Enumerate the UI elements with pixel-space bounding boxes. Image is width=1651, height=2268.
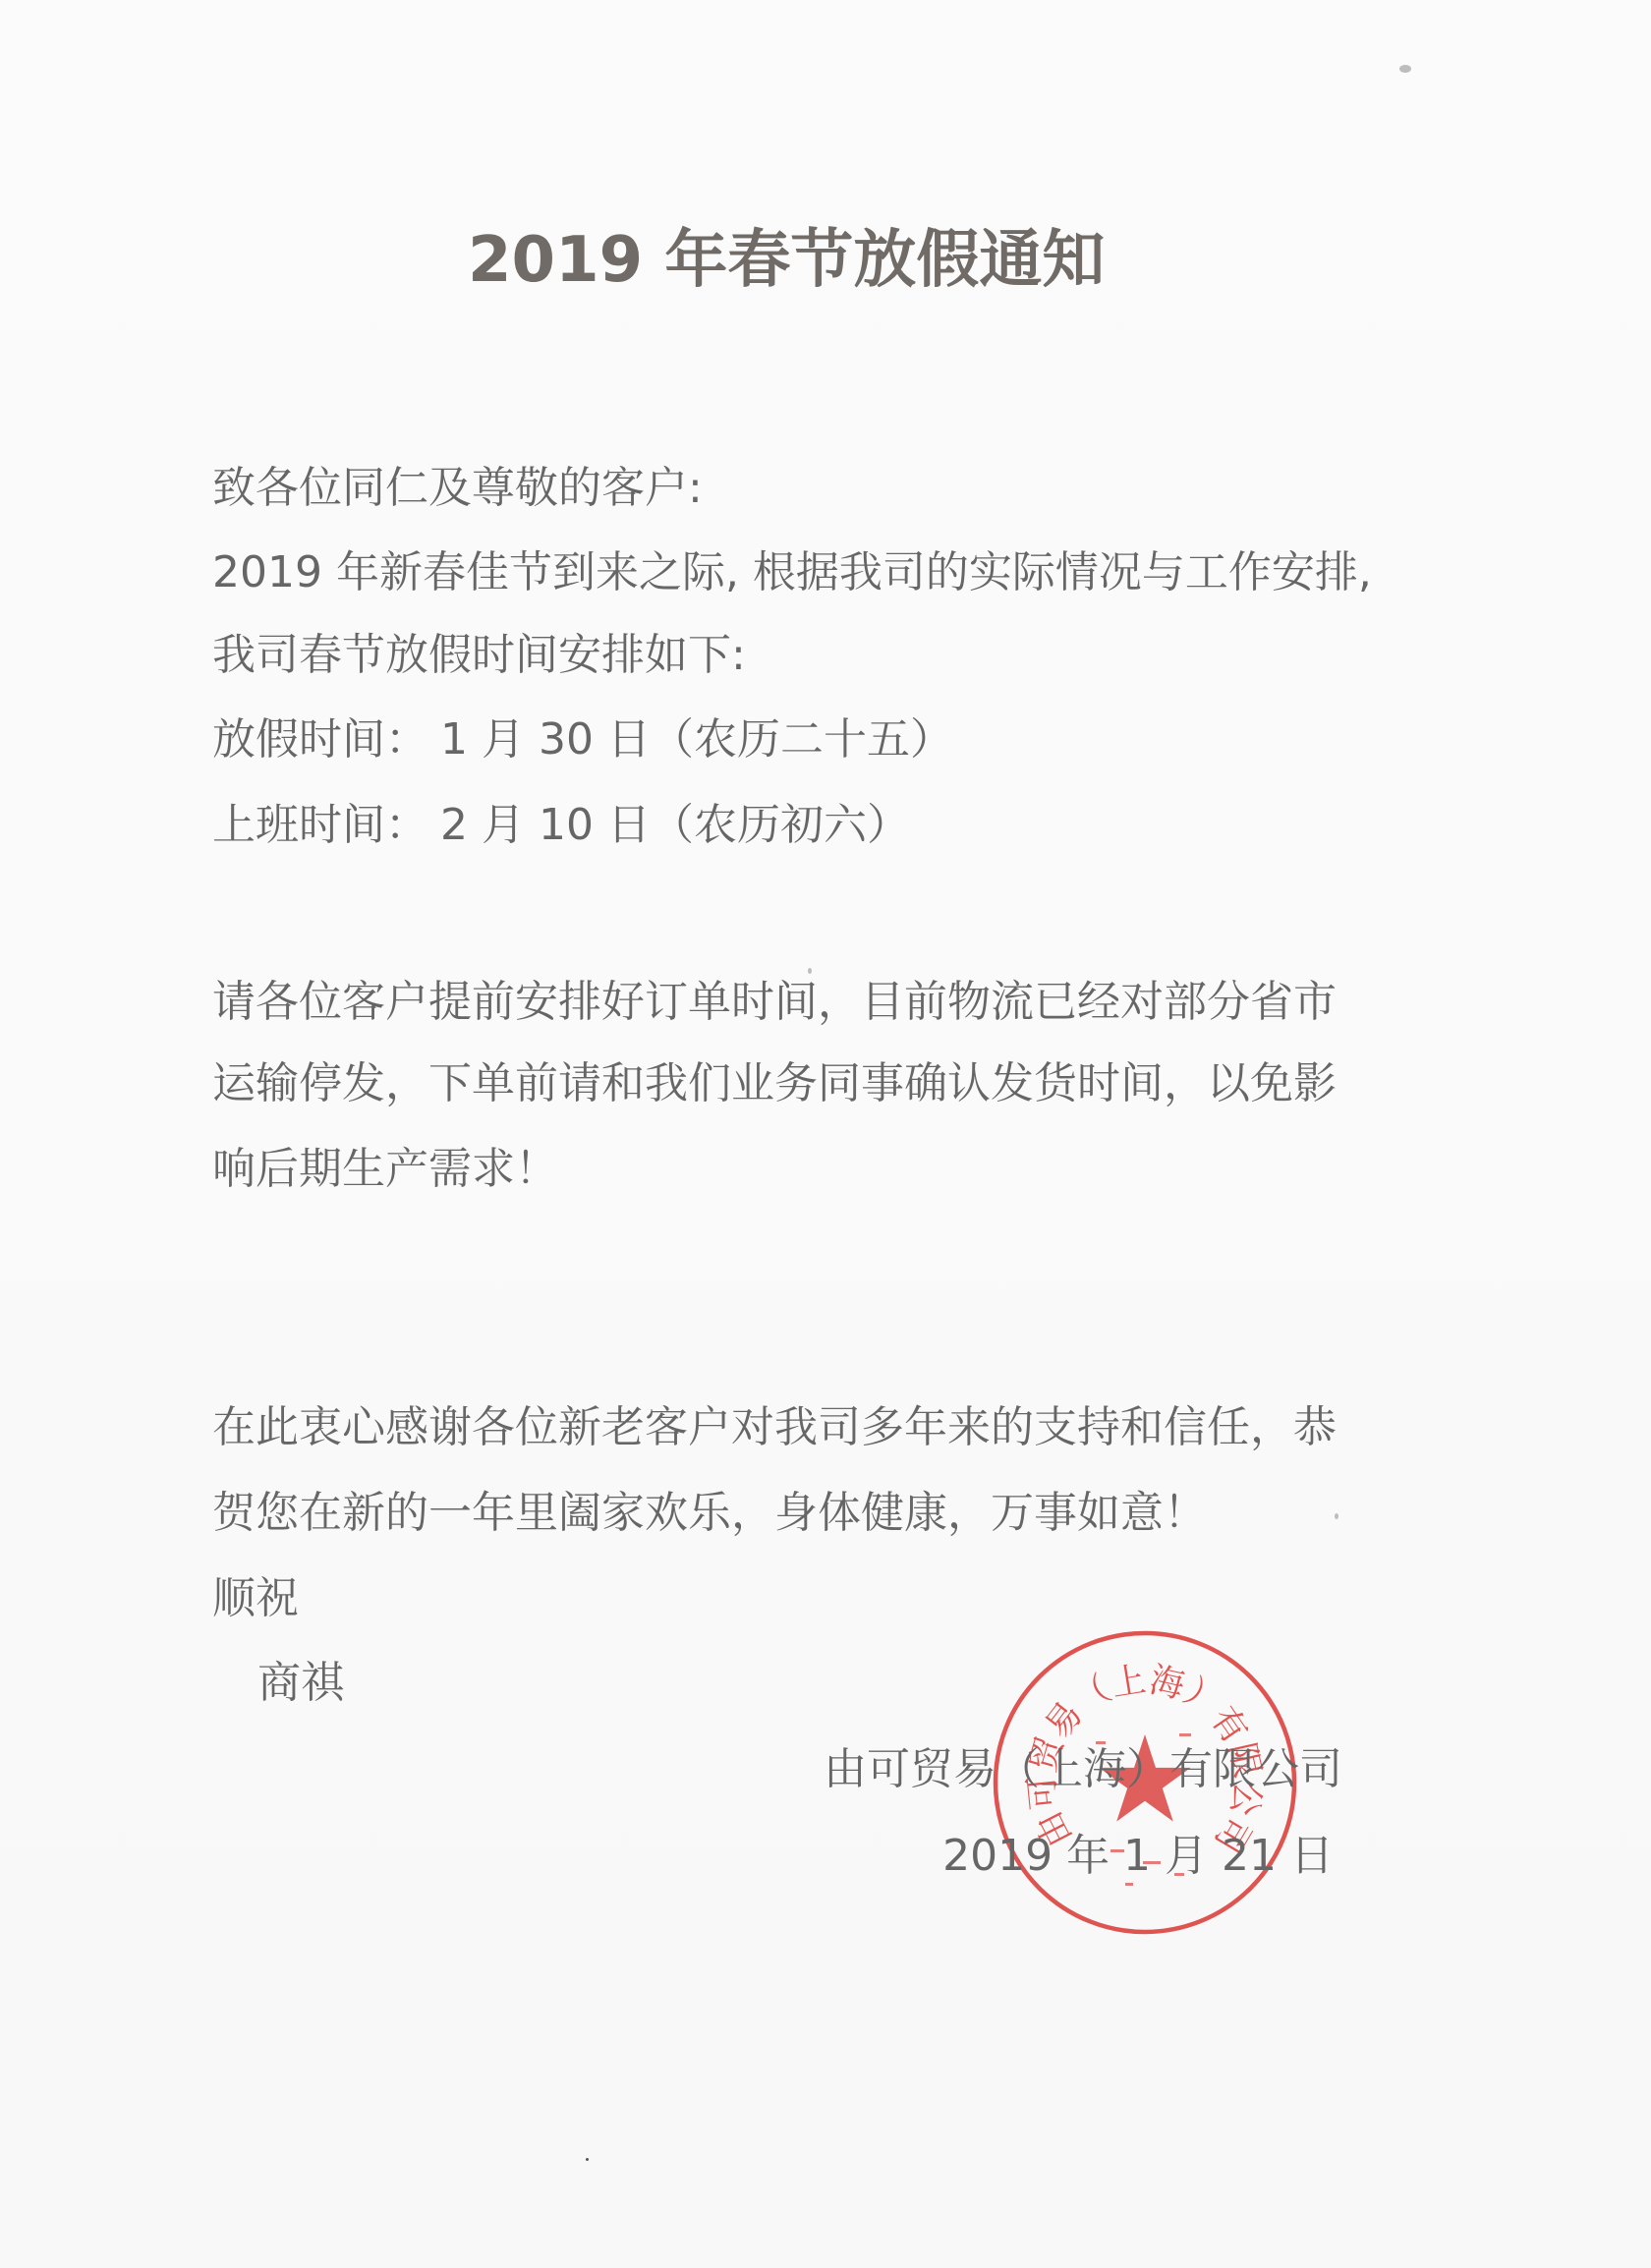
intro-line: 我司春节放假时间安排如下: [212,633,746,678]
paper-speck [808,968,812,974]
notice-line: 响后期生产需求！ [212,1147,558,1192]
thanks-line: 贺您在新的一年里阖家欢乐，身体健康，万事如意！ [212,1491,1207,1536]
salutation: 致各位同仁及尊敬的客户: [212,466,703,511]
work-resume-value: 2 月 10 日（农历初六） [440,800,910,850]
holiday-start-label: 放假时间： [212,714,428,765]
signature-company: 由可贸易（上海）有限公司 [824,1747,1342,1792]
closing: 顺祝 [212,1576,299,1621]
page-title: 2019 年春节放假通知 [468,228,1105,293]
thanks-line: 在此衷心感谢各位新老客户对我司多年来的支持和信任，恭 [212,1405,1337,1450]
paper-speck [586,2158,589,2161]
paper-speck [1335,1513,1338,1519]
letter-page: 2019 年春节放假通知 致各位同仁及尊敬的客户: 2019 年新春佳节到来之际… [0,0,1651,2268]
notice-line: 请各位客户提前安排好订单时间，目前物流已经对部分省市 [212,980,1337,1025]
intro-line: 2019 年新春佳节到来之际, 根据我司的实际情况与工作安排, [212,550,1372,595]
paper-speck [1399,65,1411,73]
signature-date: 2019 年 1 月 21 日 [942,1834,1334,1879]
holiday-start-value: 1 月 30 日（农历二十五） [440,714,953,765]
work-resume-row: 上班时间：2 月 10 日（农历初六） [212,803,910,848]
holiday-start-row: 放假时间：1 月 30 日（农历二十五） [212,717,953,763]
work-resume-label: 上班时间： [212,800,428,850]
closing-wish: 商祺 [257,1661,344,1706]
notice-line: 运输停发，下单前请和我们业务同事确认发货时间，以免影 [212,1061,1337,1106]
